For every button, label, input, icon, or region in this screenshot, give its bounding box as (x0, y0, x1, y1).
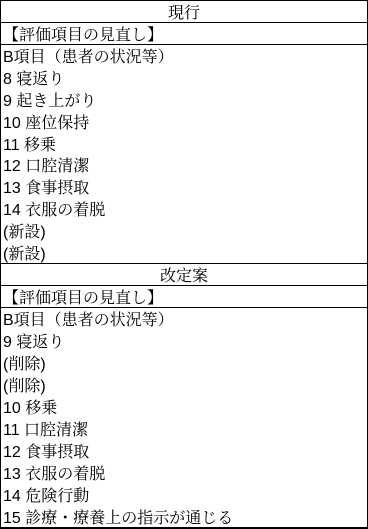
list-item: B項目（患者の状況等） (1, 45, 367, 67)
list-item: (新設) (1, 241, 367, 263)
section-revised: 改定案 【評価項目の見直し】 B項目（患者の状況等） 9 寝返り (削除) (削… (1, 264, 367, 527)
list-item: 8 寝返り (1, 67, 367, 89)
list-item: (新設) (1, 219, 367, 241)
section-header-revised: 改定案 (1, 264, 367, 286)
section-header-current: 現行 (1, 1, 367, 23)
section-header-revised-label: 改定案 (160, 264, 208, 286)
list-item: (削除) (1, 352, 367, 374)
section-subheader-current: 【評価項目の見直し】 (1, 23, 367, 45)
list-item: 10 移乗 (1, 396, 367, 418)
list-item: 15 診療・療養上の指示が通じる (1, 505, 367, 527)
list-item: 11 移乗 (1, 132, 367, 154)
list-item: 13 食事摂取 (1, 176, 367, 198)
list-item: 12 口腔清潔 (1, 154, 367, 176)
item-list-current: B項目（患者の状況等） 8 寝返り 9 起き上がり 10 座位保持 11 移乗 … (1, 45, 367, 264)
list-item: 14 危険行動 (1, 483, 367, 505)
section-subheader-revised-label: 【評価項目の見直し】 (3, 286, 163, 308)
section-current: 現行 【評価項目の見直し】 B項目（患者の状況等） 8 寝返り 9 起き上がり … (1, 1, 367, 264)
list-item: 12 食事摂取 (1, 439, 367, 461)
section-subheader-revised: 【評価項目の見直し】 (1, 286, 367, 308)
list-item: 9 起き上がり (1, 89, 367, 111)
list-item: 9 寝返り (1, 330, 367, 352)
section-header-current-label: 現行 (168, 1, 200, 23)
list-item: 11 口腔清潔 (1, 418, 367, 440)
comparison-table: 現行 【評価項目の見直し】 B項目（患者の状況等） 8 寝返り 9 起き上がり … (0, 0, 368, 529)
section-subheader-current-label: 【評価項目の見直し】 (3, 23, 163, 45)
list-item: 13 衣服の着脱 (1, 461, 367, 483)
list-item: B項目（患者の状況等） (1, 308, 367, 330)
list-item: 14 衣服の着脱 (1, 198, 367, 220)
list-item: 10 座位保持 (1, 110, 367, 132)
item-list-revised: B項目（患者の状況等） 9 寝返り (削除) (削除) 10 移乗 11 口腔清… (1, 308, 367, 527)
list-item: (削除) (1, 374, 367, 396)
